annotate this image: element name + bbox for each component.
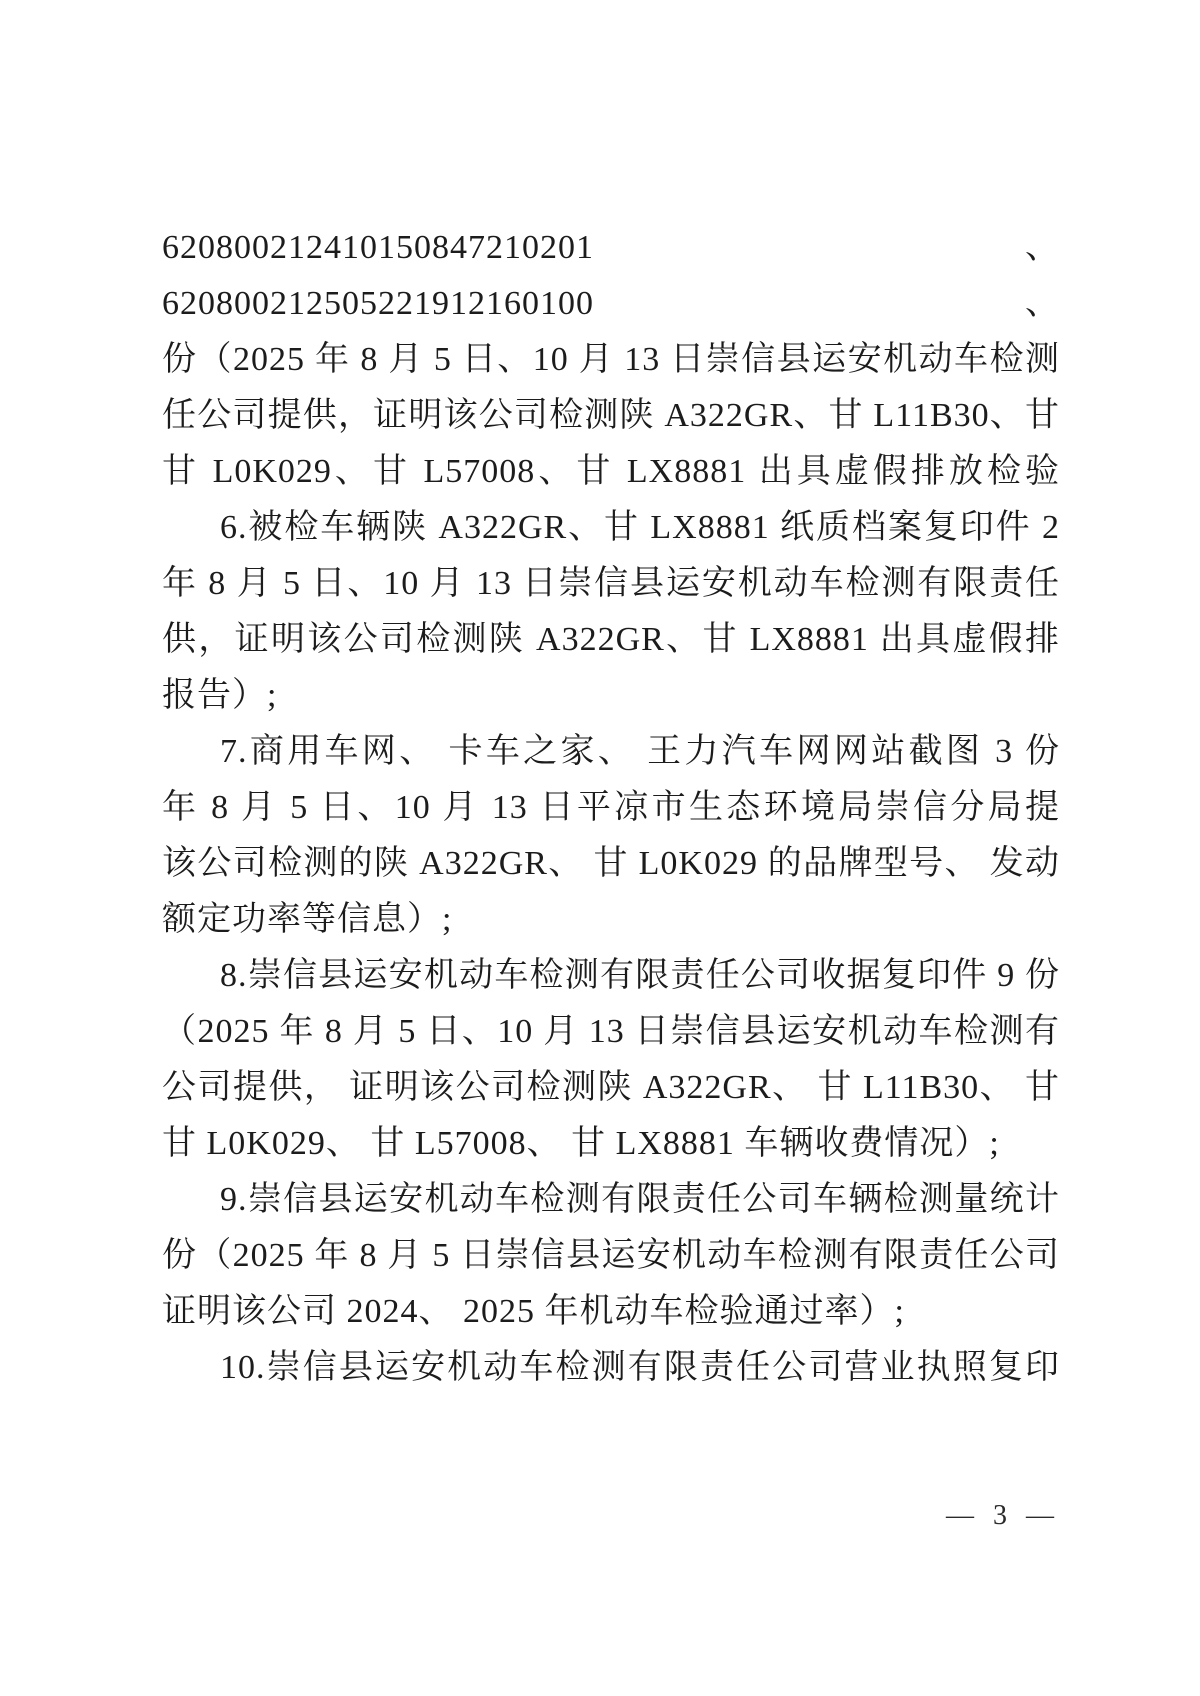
text-line: 甘 L0K029、 甘 L57008、 甘 LX8881 车辆收费情况）; [162,1116,1060,1172]
text-line: 10.崇信县运安机动车检测有限责任公司营业执照复印件 1 [162,1340,1060,1396]
text-line: 9.崇信县运安机动车检测有限责任公司车辆检测量统计表 1 [162,1172,1060,1228]
text-line: 份（2025 年 8 月 5 日崇信县运安机动车检测有限责任公司提供， [162,1228,1060,1284]
text-line: 年 8 月 5 日、10 月 13 日平凉市生态环境局崇信分局提供，证明 [162,780,1060,836]
text-line: 任公司提供，证明该公司检测陕 A322GR、甘 L11B30、甘 L70106、 [162,388,1060,444]
text-line: 证明该公司 2024、 2025 年机动车检验通过率）; [162,1284,1060,1340]
text-line: 620800212410150847210201 、 6208002125052… [162,220,1060,276]
page-number: — 3 — [946,1498,1060,1534]
text-line: （2025 年 8 月 5 日、10 月 13 日崇信县运安机动车检测有限责任 [162,1004,1060,1060]
document-body: 620800212410150847210201 、 6208002125052… [162,220,1060,1396]
text-line: 报告）; [162,668,1060,724]
text-line: 公司提供， 证明该公司检测陕 A322GR、 甘 L11B30、 甘 L7010… [162,1060,1060,1116]
text-line: 额定功率等信息）; [162,892,1060,948]
text-line: 8.崇信县运安机动车检测有限责任公司收据复印件 9 份 [162,948,1060,1004]
text-line: 620800212505221912160100、 62080021250522… [162,276,1060,332]
text-line: 6.被检车辆陕 A322GR、甘 LX8881 纸质档案复印件 2 份（2025 [162,500,1060,556]
text-line: 7.商用车网、 卡车之家、 王力汽车网网站截图 3 份 （2025 [162,724,1060,780]
text-line: 年 8 月 5 日、10 月 13 日崇信县运安机动车检测有限责任公司提 [162,556,1060,612]
text-line: 该公司检测的陕 A322GR、 甘 L0K029 的品牌型号、 发动机型号、 [162,836,1060,892]
text-line: 甘 L0K029、甘 L57008、甘 LX8881 出具虚假排放检验（测）报告… [162,444,1060,500]
document-page: 620800212410150847210201 、 6208002125052… [0,0,1200,1696]
text-line: 供，证明该公司检测陕 A322GR、甘 LX8881 出具虚假排放检验（测） [162,612,1060,668]
text-line: 份（2025 年 8 月 5 日、10 月 13 日崇信县运安机动车检测有限责 [162,332,1060,388]
